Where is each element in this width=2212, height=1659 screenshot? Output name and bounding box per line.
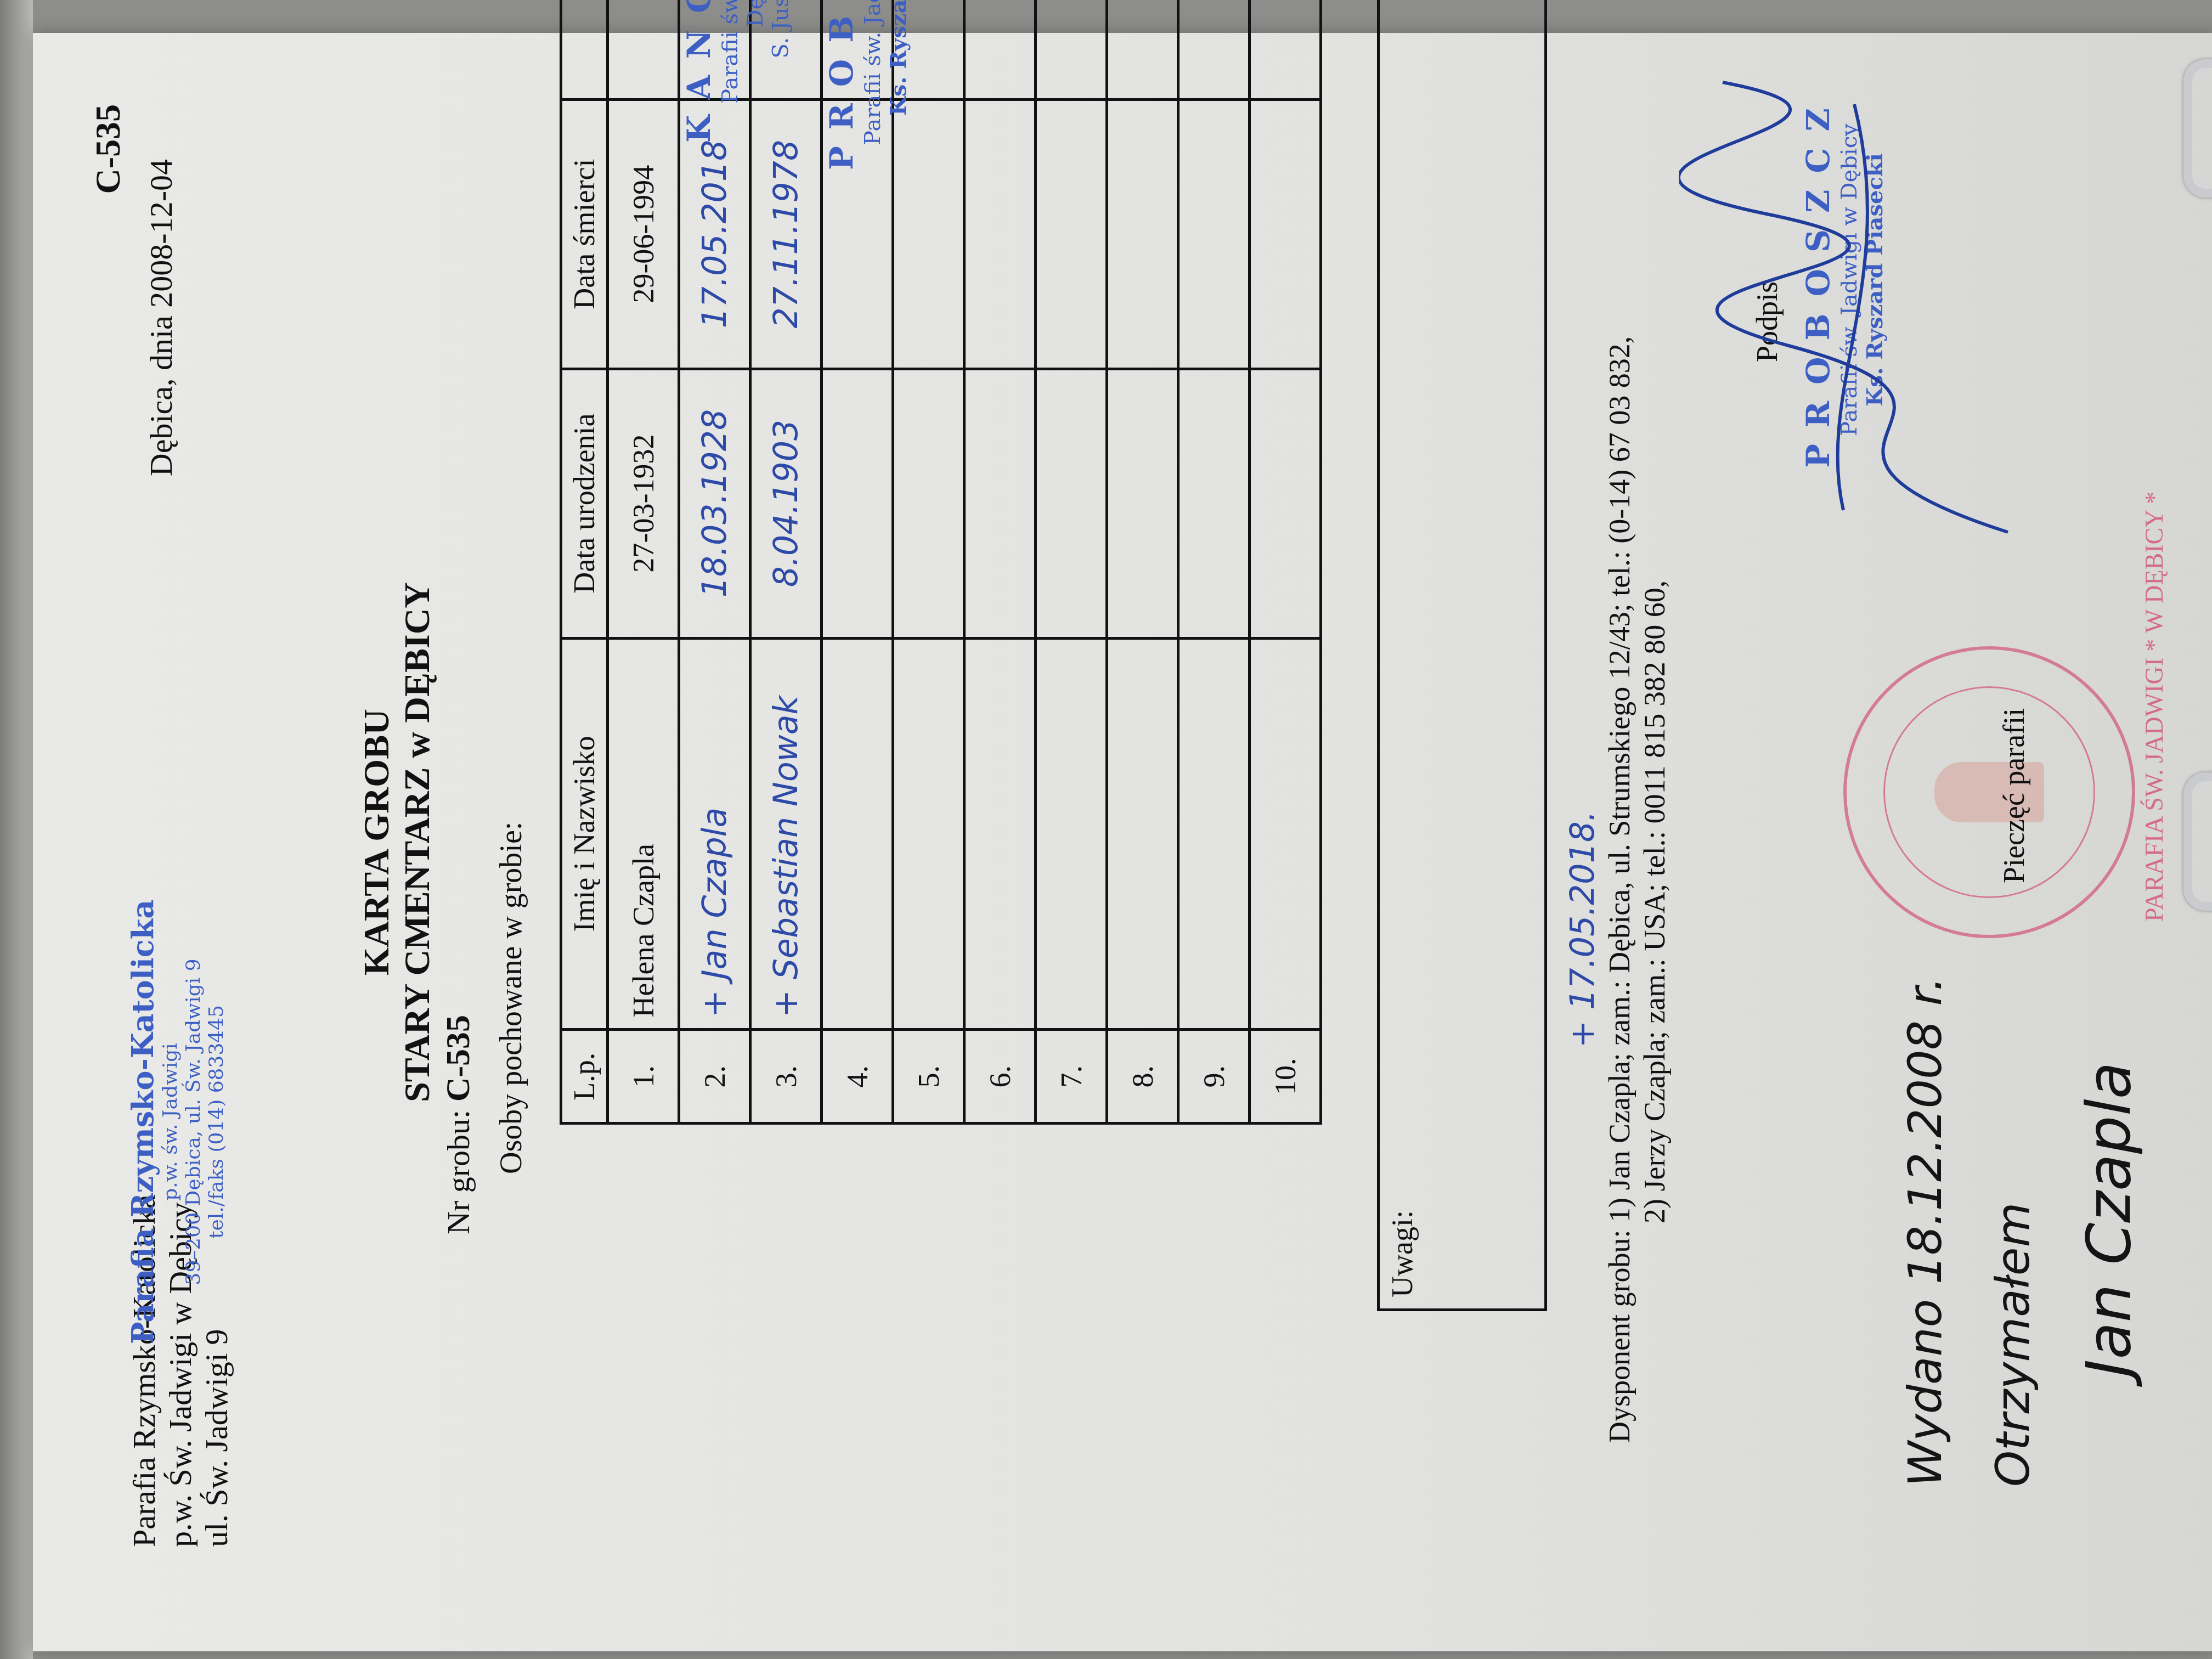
remarks-label: Uwagi:	[1385, 1210, 1419, 1297]
row-notes	[964, 0, 1036, 99]
grave-number-value: C-535	[439, 1015, 477, 1102]
received-note: Otrzymałem	[1986, 1203, 2040, 1487]
grave-number-label: Nr grobu:	[441, 1110, 476, 1234]
priest-signature-scribble	[1679, 60, 2063, 554]
table-row: 8.	[1107, 0, 1178, 1124]
title-line-1: KARTA GROBU	[357, 33, 397, 1651]
table-row: 2.+ Jan Czapla18.03.192817.05.2018	[679, 0, 751, 1124]
row-name	[964, 638, 1036, 1030]
card-code: C-535	[88, 104, 128, 194]
row-name	[893, 638, 964, 1030]
holder-label: Dysponent grobu:	[1603, 1230, 1636, 1443]
row-name: + Sebastian Nowak	[751, 638, 822, 1030]
row-notes	[1107, 0, 1178, 99]
chancery-stamp: KANCELARIA Parafii św. Jadwigi w Dębicy …	[680, 0, 793, 143]
table-header-row: L.p. Imię i Nazwisko Data urodzenia Data…	[561, 0, 608, 1124]
row-lp: 5.	[893, 1030, 964, 1124]
row-name: Helena Czapla	[608, 638, 679, 1030]
issued-note: Wydano 18.12.2008 r.	[1898, 977, 1952, 1487]
stamp-line: 39–200 Dębica, ul. Św. Jadwigi 9	[182, 900, 205, 1344]
row-lp: 7.	[1036, 1030, 1107, 1124]
row-notes	[1036, 0, 1107, 99]
row-birth-date	[1250, 369, 1321, 638]
holder-line-2: 2) Jerzy Czapla; zam.: USA; tel.: 0011 8…	[1637, 16, 1672, 1443]
row-lp: 9.	[1178, 1030, 1250, 1124]
row-birth-date: 27-03-1932	[608, 369, 679, 638]
row-name	[1178, 638, 1250, 1030]
row-death-date: 29-06-1994	[608, 99, 679, 369]
binder-ring	[2183, 59, 2212, 198]
document-title: KARTA GROBU STARY CMENTARZ w DĘBICY	[357, 33, 438, 1651]
row-death-date	[1036, 99, 1107, 369]
proboszcz-stamp-table: PROBOSZCZ Parafii św. Jadwigi w Dębicy K…	[823, 0, 911, 170]
row-name: + Jan Czapla	[679, 638, 751, 1030]
seal-inner-ring	[1883, 686, 2095, 898]
table-row: 10.	[1250, 0, 1321, 1124]
row-notes	[1250, 0, 1321, 99]
row-name	[1250, 638, 1321, 1030]
row-death-date	[1107, 99, 1178, 369]
title-line-2: STARY CMENTARZ w DĘBICY	[397, 33, 438, 1651]
table-row: 9.	[1178, 0, 1250, 1124]
row-birth-date	[1107, 369, 1178, 638]
holder-handwritten-note: + 17.05.2018.	[1564, 811, 1602, 1048]
stamp-line: tel./faks (014) 6833445	[205, 900, 228, 1344]
stamp-line: p.w. św. Jadwigi	[159, 900, 182, 1344]
chancery-title: KANCELARIA	[680, 0, 718, 143]
row-name	[1107, 638, 1178, 1030]
row-birth-date	[893, 369, 964, 638]
table-row: 3.+ Sebastian Nowak8.04.190327.11.1978	[751, 0, 822, 1124]
row-death-date	[1250, 99, 1321, 369]
proboszcz-priest: Ks. Ryszard Piasecki	[885, 0, 911, 170]
col-header-death: Data śmierci	[561, 99, 608, 369]
table-row: 6.	[964, 0, 1036, 1124]
remarks-box: Uwagi:	[1377, 0, 1547, 1311]
stamp-line: Parafia Rzymsko-Katolicka	[126, 900, 159, 1344]
row-lp: 3.	[751, 1030, 822, 1124]
row-birth-date	[822, 369, 893, 638]
row-death-date	[1178, 99, 1250, 369]
buried-label: Osoby pochowane w grobie:	[494, 822, 529, 1174]
col-header-birth: Data urodzenia	[561, 369, 608, 638]
chancery-line: S. Justyna ...	[768, 0, 793, 143]
row-name	[822, 638, 893, 1030]
holder-line-1: 1) Jan Czapla; zam.: Dębica, ul. Strumsk…	[1603, 336, 1636, 1222]
row-notes	[1178, 0, 1250, 99]
row-birth-date	[1178, 369, 1250, 638]
seal-label: Pieczęć parafii	[1997, 708, 2031, 883]
holder-info: Dysponent grobu: 1) Jan Czapla; zam.: Dę…	[1602, 16, 1672, 1443]
col-header-lp: L.p.	[561, 1030, 608, 1124]
row-name	[1036, 638, 1107, 1030]
place-date: Dębica, dnia 2008-12-04	[143, 159, 179, 476]
holder-death-note: + 17.05.2018.	[1564, 811, 1602, 1048]
row-lp: 4.	[822, 1030, 893, 1124]
grave-number: Nr grobu: C-535	[439, 1015, 478, 1234]
binder-ring	[2183, 772, 2212, 911]
table-row: 7.	[1036, 0, 1107, 1124]
row-lp: 6.	[964, 1030, 1036, 1124]
row-notes	[608, 0, 679, 99]
parish-address-stamp: Parafia Rzymsko-Katolicka p.w. św. Jadwi…	[126, 900, 228, 1344]
parish-seal	[1843, 646, 2135, 938]
col-header-name: Imię i Nazwisko	[561, 638, 608, 1030]
row-birth-date	[1036, 369, 1107, 638]
table-row: 1.Helena Czapla27-03-193229-06-1994	[608, 0, 679, 1124]
row-birth-date: 8.04.1903	[751, 369, 822, 638]
proboszcz-title: PROBOSZCZ	[823, 0, 860, 170]
proboszcz-parish: Parafii św. Jadwigi w Dębicy	[860, 0, 885, 170]
recipient-signature: Jan Czapla	[2074, 1062, 2144, 1377]
row-lp: 10.	[1250, 1030, 1321, 1124]
col-header-notes: Uwagi	[561, 0, 608, 99]
row-birth-date	[964, 369, 1036, 638]
grave-card-document: Parafia Rzymsko-Katolicka p.w. Św. Jadwi…	[33, 33, 2212, 1651]
buried-persons-table: L.p. Imię i Nazwisko Data urodzenia Data…	[560, 0, 1322, 1125]
seal-ring-text: PARAFIA ŚW. JADWIGI * W DĘBICY *	[2140, 492, 2169, 922]
chancery-line: Parafii św. Jadwigi w Dębicy	[718, 0, 768, 143]
row-lp: 2.	[679, 1030, 751, 1124]
binder-edge	[0, 0, 33, 1659]
row-death-date	[964, 99, 1036, 369]
row-birth-date: 18.03.1928	[679, 369, 751, 638]
row-lp: 1.	[608, 1030, 679, 1124]
row-lp: 8.	[1107, 1030, 1178, 1124]
